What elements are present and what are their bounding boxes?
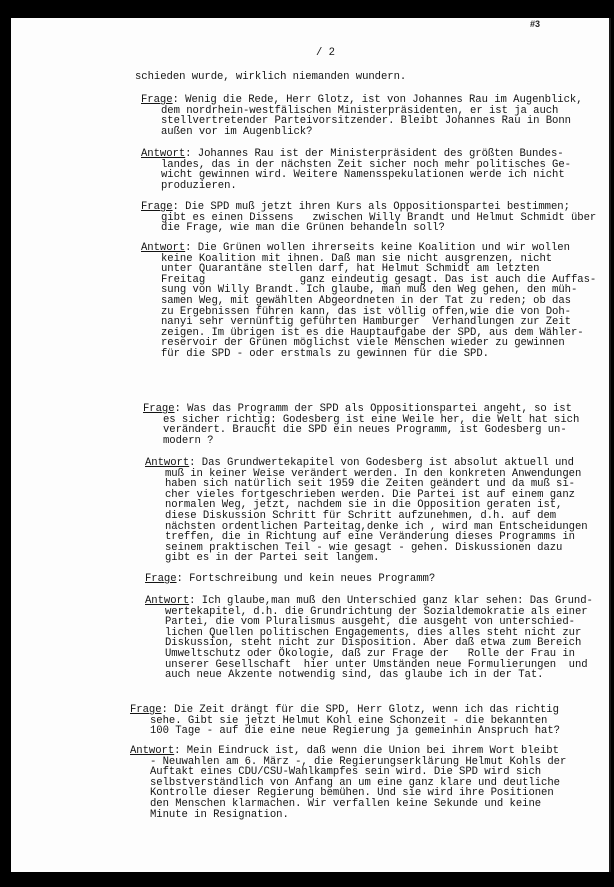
text-line: diese Diskussion Schritt für Schritt auf… (145, 511, 588, 522)
answer-block: Antwort: Johannes Rau ist der Ministerpr… (141, 149, 571, 191)
text-line: auch neue Akzente notwendig sind, das gl… (145, 670, 593, 681)
page-number: / 2 (316, 48, 335, 59)
question-block: Frage: Die SPD muß jetzt ihren Kurs als … (141, 202, 596, 234)
text-line: die Frage, wie man die Grünen behandeln … (141, 223, 596, 234)
question-block: Frage: Fortschreibung und kein neues Pro… (145, 574, 435, 585)
question-block: Frage: Die Zeit drängt für die SPD, Herr… (130, 705, 560, 737)
answer-block: Antwort: Die Grünen wollen ihrerseits ke… (141, 243, 596, 360)
text-line: schieden wurde, wirklich niemanden wunde… (135, 72, 406, 83)
text-line: : Fortschreibung und kein neues Programm… (177, 573, 436, 585)
text-line: Minute in Resignation. (130, 810, 566, 821)
question-label: Frage (145, 573, 177, 585)
text-line: Umweltschutz oder Ökologie, daß zur Frag… (145, 649, 593, 660)
text-line: samen Weg, mit gewählten Abgeordneten in… (141, 296, 596, 307)
document-page: #3 / 2 schieden wurde, wirklich niemande… (11, 18, 610, 872)
text-line: für die SPD - oder erstmals zu gewinnen … (141, 349, 596, 360)
text-line: außen vor im Augenblick? (141, 127, 583, 138)
text-line: 100 Tage - auf die eine neue Regierung j… (130, 726, 560, 737)
answer-block: Antwort: Mein Eindruck ist, daß wenn die… (130, 746, 566, 820)
text-line: modern ? (143, 436, 579, 447)
page-edge (609, 18, 611, 872)
question-block: Frage: Was das Programm der SPD als Oppo… (143, 404, 579, 446)
page-stamp: #3 (530, 19, 540, 29)
answer-block: Antwort: Ich glaube,man muß den Untersch… (145, 596, 593, 681)
text-line: gibt es in der Partei seit langem. (145, 553, 588, 564)
answer-block: Antwort: Das Grundwertekapitel von Godes… (145, 458, 588, 564)
question-block: Frage: Wenig die Rede, Herr Glotz, ist v… (141, 95, 583, 137)
text-line: den Menschen klarmachen. Wir verfallen k… (130, 799, 566, 810)
text-line: produzieren. (141, 181, 571, 192)
continuation-text: schieden wurde, wirklich niemanden wunde… (135, 72, 406, 83)
